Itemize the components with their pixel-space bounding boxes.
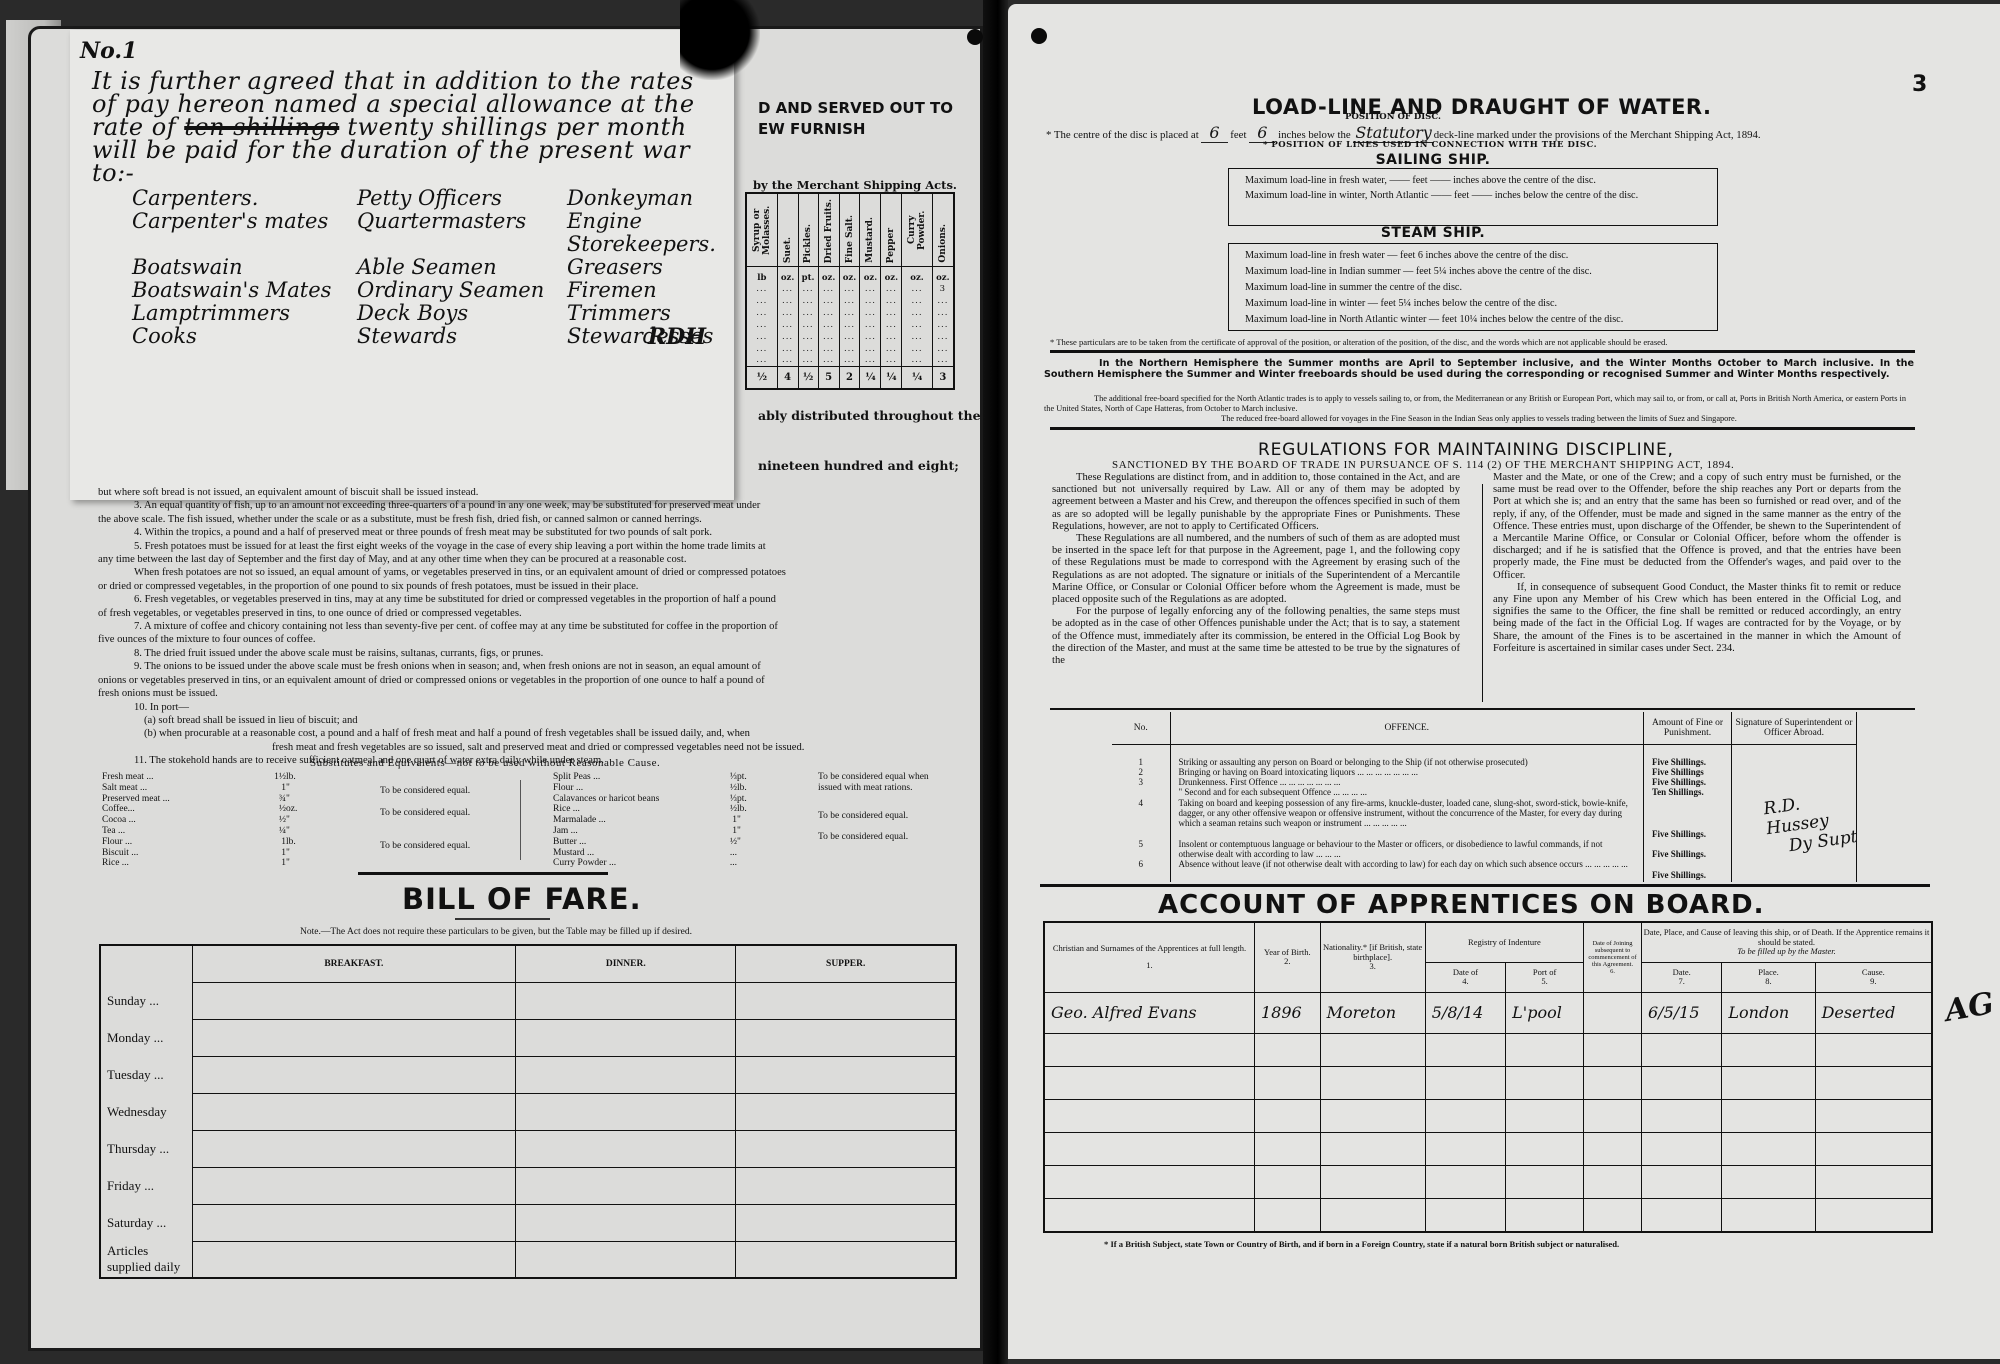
rule-line: 6. Fresh vegetables, or vegetables prese…	[98, 593, 978, 606]
apprentice-cell	[1044, 1034, 1254, 1067]
rank-item: Trimmers	[567, 302, 767, 325]
column-header-label: Onions.	[938, 221, 948, 263]
table-cell: ...	[839, 295, 860, 307]
rule-line: fresh meat and fresh vegetables are so i…	[98, 741, 978, 754]
unit-cell: oz.	[818, 267, 839, 283]
table-cell: ...	[932, 307, 954, 319]
bill-row: Saturday ...	[100, 1204, 956, 1241]
rule-line: five ounces of the mixture to four ounce…	[98, 633, 978, 646]
apprentice-cell	[1722, 1166, 1815, 1199]
apprentice-cell	[1815, 1067, 1932, 1100]
rank-item: Quartermasters	[357, 210, 567, 256]
apprentice-cell	[1506, 1199, 1584, 1232]
offence-text: Drunkenness. First Offence ... ... ... .…	[1179, 777, 1638, 787]
table-cell: 3	[932, 283, 954, 295]
item-unit: oz.	[286, 804, 297, 815]
item-name: Marmalade ...	[553, 815, 703, 826]
load-line-entry: Maximum load-line in North Atlantic wint…	[1245, 312, 1717, 328]
item-name: Rice ...	[553, 804, 703, 815]
column-header: Pickles.	[798, 193, 818, 267]
item-quantity: ½	[703, 804, 737, 815]
column-header-label: Fine Salt.	[845, 212, 855, 263]
book-gutter	[983, 0, 1008, 1364]
apprentice-cell	[1254, 1067, 1320, 1100]
item-name: Coffee...	[102, 804, 252, 815]
column-header-label: Curry Powder.	[907, 194, 927, 263]
punch-hole	[1031, 28, 1047, 44]
unit-cell: oz.	[860, 267, 881, 283]
apprentice-cell	[1425, 1100, 1505, 1133]
item-quantity: 1½	[252, 772, 286, 783]
day-label: Saturday ...	[100, 1204, 192, 1241]
table-row: ...........................	[746, 331, 954, 343]
substitute-item: Biscuit ...1 "	[102, 848, 297, 859]
rank-item: Boatswain's Mates	[132, 279, 357, 302]
load-line-entry: Maximum load-line in summer the centre o…	[1245, 280, 1717, 296]
rank-item: Donkeyman	[567, 187, 767, 210]
table-row: ........................3	[746, 283, 954, 295]
bill-row: Sunday ...	[100, 982, 956, 1019]
table-cell: ...	[932, 295, 954, 307]
load-line-entry: Maximum load-line in Indian summer — fee…	[1245, 264, 1717, 280]
ink-blot	[680, 0, 760, 80]
regulations-title: REGULATIONS FOR MAINTAINING DISCIPLINE,	[1258, 440, 1674, 460]
bill-row: Wednesday	[100, 1093, 956, 1130]
item-name: Rice ...	[102, 858, 252, 869]
freeboard-notes: The additional free-board specified for …	[1044, 394, 1914, 424]
rank-item: Lamptrimmers	[132, 302, 357, 325]
offence-text: Taking on board and keeping possession o…	[1179, 798, 1638, 839]
divider	[520, 780, 521, 860]
apprentice-cell	[1642, 1133, 1722, 1166]
item-name: Fresh meat ...	[102, 772, 252, 783]
rule-line: 4. Within the tropics, a pound and a hal…	[98, 526, 978, 539]
day-label: Wednesday	[100, 1093, 192, 1130]
divider	[1050, 427, 1915, 430]
item-quantity: 1	[252, 848, 286, 859]
item-quantity: ...	[703, 848, 737, 859]
rank-item: Firemen	[567, 279, 767, 302]
meal-cell	[516, 1056, 736, 1093]
apprentice-cell	[1254, 1199, 1320, 1232]
apprentices-table: Christian and Surnames of the Apprentice…	[1043, 921, 1933, 1233]
table-cell: ...	[932, 331, 954, 343]
bill-of-fare-note: Note.—The Act does not require these par…	[300, 927, 692, 937]
units-row: lboz.pt.oz.oz.oz.oz.oz.oz.	[746, 267, 954, 283]
offence-column-header: Amount of Fine or Punishment.	[1644, 712, 1732, 744]
rule-line: 9. The onions to be issued under the abo…	[98, 660, 978, 673]
offence-number: 4	[1112, 798, 1170, 839]
equal-note-mustard: To be considered equal.	[818, 832, 908, 843]
meal-cell	[516, 1093, 736, 1130]
item-unit: "	[286, 794, 290, 805]
table-cell: ...	[798, 343, 818, 355]
rule-line: or dried or compressed vegetables, in th…	[98, 580, 978, 593]
apprentice-cell	[1722, 1199, 1815, 1232]
offence-number: 5	[1112, 839, 1170, 860]
divider	[358, 872, 608, 875]
slip-paragraph: It is further agreed that in addition to…	[92, 70, 714, 185]
offence-number: 6	[1112, 859, 1170, 880]
item-quantity: 1	[703, 815, 737, 826]
substitute-item: Tea ...¼ "	[102, 826, 297, 837]
item-quantity: ½	[252, 804, 286, 815]
divider	[455, 918, 550, 920]
table-cell: ...	[798, 283, 818, 295]
total-cell: ¼	[860, 367, 881, 389]
slip-reference-mark: No.1	[80, 38, 137, 64]
meal-cell	[736, 1204, 956, 1241]
substitute-item: Fresh meat ...1½ lb.	[102, 772, 297, 783]
table-cell: ...	[902, 355, 932, 367]
unit-cell: oz.	[839, 267, 860, 283]
item-unit: "	[737, 826, 741, 837]
apprentice-cell	[1584, 1034, 1642, 1067]
table-cell: ...	[798, 355, 818, 367]
offence-column-header: OFFENCE.	[1170, 712, 1644, 744]
item-unit: "	[286, 858, 290, 869]
table-cell: ...	[881, 283, 902, 295]
load-line-subtitle: POSITION OF DISC.	[1233, 112, 1553, 122]
column-header: Fine Salt.	[839, 193, 860, 267]
offence-fine: Five Shillings.	[1652, 757, 1731, 767]
item-quantity: ¼	[252, 826, 286, 837]
rule-line: the above scale. The fish issued, whethe…	[98, 513, 978, 526]
column-header: Curry Powder.	[902, 193, 932, 267]
table-row: ...........................	[746, 307, 954, 319]
meal-cell	[192, 1093, 516, 1130]
regulation-paragraph: If, in consequence of subsequent Good Co…	[1493, 582, 1901, 655]
regulation-paragraph: These Regulations are distinct from, and…	[1052, 472, 1460, 533]
bill-row: Tuesday ...	[100, 1056, 956, 1093]
table-cell: ...	[881, 295, 902, 307]
apprentice-cell	[1506, 1133, 1584, 1166]
slip-initials: RDH	[648, 324, 706, 350]
apprentice-cell	[1320, 1067, 1425, 1100]
table-cell: ...	[902, 319, 932, 331]
bill-of-fare-table: BREAKFAST.DINNER.SUPPER. Sunday ...Monda…	[99, 944, 957, 1279]
table-cell: ...	[798, 319, 818, 331]
column-header-label: Pickles.	[803, 221, 813, 263]
table-cell: ...	[860, 343, 881, 355]
apprentice-cell	[1815, 1100, 1932, 1133]
unit-cell: oz.	[777, 267, 798, 283]
meal-cell	[736, 1167, 956, 1204]
item-unit: "	[286, 783, 290, 794]
regulations-column-1: These Regulations are distinct from, and…	[1052, 472, 1460, 667]
apprentice-cell	[1642, 1034, 1722, 1067]
table-cell: ...	[860, 355, 881, 367]
offence-text: Bringing or having on Board intoxicating…	[1179, 767, 1638, 777]
table-cell: ...	[818, 307, 839, 319]
apprentice-cell	[1506, 1100, 1584, 1133]
rank-item: Ordinary Seamen	[357, 279, 567, 302]
meal-cell	[736, 1241, 956, 1278]
substitutes-left-list: Fresh meat ...1½ lb.Salt meat ...1 "Pres…	[102, 772, 297, 869]
rank-item: Petty Officers	[357, 187, 567, 210]
rule-line: onions or vegetables preserved in tins, …	[98, 674, 978, 687]
table-row: ...........................	[746, 295, 954, 307]
load-line-entry: Maximum load-line in winter — feet 5¼ in…	[1245, 296, 1717, 312]
meal-column-header: SUPPER.	[736, 945, 956, 982]
day-label: Thursday ...	[100, 1130, 192, 1167]
apprentice-row-empty	[1044, 1133, 1932, 1166]
equal-note-peas: To be considered equal when issued with …	[818, 772, 929, 793]
apprentice-cell	[1425, 1133, 1505, 1166]
rule-line: When fresh potatoes are not so issued, a…	[98, 566, 978, 579]
item-name: Flour ...	[102, 837, 252, 848]
rule-line: 10. In port—	[98, 701, 978, 714]
bill-row: Articles supplied daily	[100, 1241, 956, 1278]
item-unit: "	[286, 848, 290, 859]
provisions-subheading: by the Merchant Shipping Acts.	[753, 178, 957, 192]
table-cell: ...	[860, 295, 881, 307]
regulation-paragraph: For the purpose of legally enforcing any…	[1052, 606, 1460, 667]
provisions-scale-table: Syrup or Molasses.Suet.Pickles.Dried Fru…	[745, 192, 955, 390]
apprentice-cell	[1254, 1166, 1320, 1199]
meal-cell	[192, 982, 516, 1019]
unit-cell: oz.	[881, 267, 902, 283]
substitute-item: Calavances or haricot beans⅓ pt.	[553, 794, 747, 805]
rule-line: 8. The dried fruit issued under the abov…	[98, 647, 978, 660]
apprentice-cell	[1425, 1034, 1505, 1067]
apprentice-cell	[1584, 1133, 1642, 1166]
table-cell: ...	[777, 343, 798, 355]
rule-line: of fresh vegetables, or vegetables prese…	[98, 607, 978, 620]
rule-line: 3. An equal quantity of fish, up to an a…	[98, 499, 978, 512]
offence-fine: Five Shillings	[1652, 767, 1731, 777]
table-cell: ...	[777, 307, 798, 319]
total-cell: 3	[932, 367, 954, 389]
total-cell: 2	[839, 367, 860, 389]
item-name: Biscuit ...	[102, 848, 252, 859]
substitute-item: Cocoa ...½ "	[102, 815, 297, 826]
total-cell: ½	[798, 367, 818, 389]
unit-cell: oz.	[932, 267, 954, 283]
item-unit: pt.	[737, 772, 747, 783]
day-label: Monday ...	[100, 1019, 192, 1056]
apprentice-cell	[1584, 1199, 1642, 1232]
item-quantity: ⅓	[703, 794, 737, 805]
table-cell: ...	[777, 355, 798, 367]
apprentice-cell	[1642, 1067, 1722, 1100]
sailing-ship-box: Maximum load-line in fresh water, —— fee…	[1228, 168, 1718, 226]
total-cell: ¼	[902, 367, 932, 389]
offence-column-header: No.	[1112, 712, 1170, 744]
table-cell: ...	[932, 355, 954, 367]
item-quantity: ½	[703, 783, 737, 794]
bill-row: Friday ...	[100, 1167, 956, 1204]
offence-fine: Ten Shillings.	[1652, 787, 1731, 797]
item-name: Salt meat ...	[102, 783, 252, 794]
meal-cell	[516, 982, 736, 1019]
offence-number: 1	[1112, 757, 1170, 767]
table-row: ...........................	[746, 319, 954, 331]
apprentice-cell	[1722, 1133, 1815, 1166]
page-number: 3	[1912, 72, 1927, 97]
steam-ship-box: Maximum load-line in fresh water — feet …	[1228, 243, 1718, 331]
rank-item: Carpenters.	[132, 187, 357, 210]
table-cell: ...	[818, 295, 839, 307]
column-header-label: Mustard.	[865, 214, 875, 263]
substitute-item: Salt meat ...1 "	[102, 783, 297, 794]
rule-line: but where soft bread is not issued, an e…	[98, 486, 978, 499]
apprentice-row-empty	[1044, 1100, 1932, 1133]
apprentice-row-empty	[1044, 1199, 1932, 1232]
rank-item: Engine Storekeepers.	[567, 210, 767, 256]
apprentice-l-date: 6/5/15	[1642, 992, 1722, 1034]
apprentice-cell	[1722, 1100, 1815, 1133]
table-cell: ...	[818, 331, 839, 343]
table-cell: ...	[798, 295, 818, 307]
apprentice-cell	[1815, 1166, 1932, 1199]
item-name: Split Peas ...	[553, 772, 703, 783]
unit-cell: pt.	[798, 267, 818, 283]
apprentices-footnote: * If a British Subject, state Town or Co…	[1104, 1239, 1619, 1249]
regulations-column-2: Master and the Mate, or one of the Crew;…	[1493, 472, 1901, 655]
apprentice-reg-port: L'pool	[1506, 992, 1584, 1034]
table-cell: ...	[818, 283, 839, 295]
meal-cell	[736, 1056, 956, 1093]
substitutes-right-list: Split Peas ...⅓ pt.Flour ...½ lb.Calavan…	[553, 772, 747, 869]
rank-item: Deck Boys	[357, 302, 567, 325]
apprentice-cell	[1254, 1034, 1320, 1067]
item-name: Preserved meat ...	[102, 794, 252, 805]
meal-cell	[516, 1019, 736, 1056]
apprentice-cell	[1044, 1166, 1254, 1199]
offence-fine: Five Shillings.	[1652, 839, 1731, 860]
apprentice-cell	[1584, 1100, 1642, 1133]
item-name: Cocoa ...	[102, 815, 252, 826]
column-header: Pepper	[881, 193, 902, 267]
equal-note-meat: To be considered equal.	[380, 786, 470, 797]
substitute-item: Marmalade ...1 "	[553, 815, 747, 826]
offence-number	[1112, 787, 1170, 797]
table-cell: ...	[881, 355, 902, 367]
rank-item: Stewards	[357, 325, 567, 348]
table-cell: ...	[798, 331, 818, 343]
apprentice-cell	[1815, 1133, 1932, 1166]
table-cell: ...	[881, 319, 902, 331]
regulation-paragraph: Master and the Mate, or one of the Crew;…	[1493, 472, 1901, 582]
meal-column-header: BREAKFAST.	[192, 945, 516, 982]
meal-cell	[736, 1019, 956, 1056]
apprentice-nationality: Moreton	[1320, 992, 1425, 1034]
meal-cell	[736, 1093, 956, 1130]
meal-cell	[192, 1056, 516, 1093]
substitute-item: Coffee...½ oz.	[102, 804, 297, 815]
meal-cell	[516, 1130, 736, 1167]
table-cell: ...	[818, 355, 839, 367]
day-label: Tuesday ...	[100, 1056, 192, 1093]
apprentice-cell	[1254, 1133, 1320, 1166]
apprentice-cell	[1320, 1133, 1425, 1166]
table-cell: ...	[860, 307, 881, 319]
column-header-label: Pepper	[886, 225, 896, 263]
item-unit: "	[286, 815, 290, 826]
column-header: Dried Fruits.	[818, 193, 839, 267]
apprentice-cell	[1815, 1199, 1932, 1232]
total-cell: ¼	[881, 367, 902, 389]
substitute-item: Flour ...1 lb.	[102, 837, 297, 848]
item-quantity: ½	[703, 837, 737, 848]
offence-fine: Five Shillings.	[1652, 859, 1731, 880]
table-cell: ...	[777, 283, 798, 295]
equal-note-beverage: To be considered equal.	[380, 808, 470, 819]
offence-text: Absence without leave (if not otherwise …	[1179, 859, 1638, 880]
offence-fine: Five Shillings.	[1652, 777, 1731, 787]
load-line-entry: Maximum load-line in fresh water, —— fee…	[1245, 173, 1717, 188]
table-cell: ...	[777, 331, 798, 343]
rule-line: (b) when procurable at a reasonable cost…	[98, 727, 978, 740]
apprentice-cell	[1506, 1034, 1584, 1067]
rank-item: Carpenter's mates	[132, 210, 357, 256]
table-row: ...........................	[746, 355, 954, 367]
divider	[1482, 484, 1483, 702]
pasted-war-allowance-slip: No.1 It is further agreed that in additi…	[70, 30, 735, 500]
item-quantity: ½	[252, 815, 286, 826]
apprentice-cell	[1722, 1067, 1815, 1100]
item-name: Mustard ...	[553, 848, 703, 859]
item-quantity: 1	[252, 783, 286, 794]
item-quantity: 1	[703, 826, 737, 837]
table-cell: ...	[902, 331, 932, 343]
divider	[1040, 884, 1930, 887]
item-quantity: ...	[703, 858, 737, 869]
substitutes-title: Substitutes and Equivalents—not to be us…	[310, 757, 660, 769]
apprentice-joining	[1584, 992, 1642, 1034]
totals-row: ½4½52¼¼¼3	[746, 367, 954, 389]
substitute-item: Jam ...1 "	[553, 826, 747, 837]
column-header-label: Suet.	[783, 234, 793, 263]
apprentice-cell	[1320, 1199, 1425, 1232]
meal-cell	[192, 1204, 516, 1241]
punch-hole	[967, 29, 983, 45]
meal-column-header: DINNER.	[516, 945, 736, 982]
offences-table: No.OFFENCE.Amount of Fine or Punishment.…	[1112, 712, 1857, 882]
apprentice-cell	[1254, 1100, 1320, 1133]
table-cell: ...	[798, 307, 818, 319]
apprentice-row-empty	[1044, 1067, 1932, 1100]
apprentice-cell	[1506, 1067, 1584, 1100]
apprentices-title: ACCOUNT OF APPRENTICES ON BOARD.	[1158, 890, 1765, 920]
lines-heading: * POSITION OF LINES USED IN CONNECTION W…	[1130, 140, 1730, 150]
substitute-item: Split Peas ...⅓ pt.	[553, 772, 747, 783]
table-cell: ...	[881, 331, 902, 343]
table-cell: ...	[818, 343, 839, 355]
meal-cell	[736, 982, 956, 1019]
meal-cell	[516, 1241, 736, 1278]
rule-line: (a) soft bread shall be issued in lieu o…	[98, 714, 978, 727]
rank-item: Boatswain	[132, 256, 357, 279]
rank-item: Cooks	[132, 325, 357, 348]
item-unit: "	[286, 826, 290, 837]
table-cell: ...	[860, 283, 881, 295]
load-line-entry: Maximum load-line in fresh water — feet …	[1245, 248, 1717, 264]
apprentice-cell	[1815, 1034, 1932, 1067]
substitute-item: Rice ...1 "	[102, 858, 297, 869]
apprentice-cell	[1320, 1100, 1425, 1133]
apprentice-row-empty	[1044, 1166, 1932, 1199]
table-cell: ...	[902, 343, 932, 355]
apprentice-cell	[1425, 1199, 1505, 1232]
substitute-item: Butter ...½ "	[553, 837, 747, 848]
table-cell: ...	[881, 307, 902, 319]
table-cell: ...	[932, 319, 954, 331]
substitute-item: Flour ...½ lb.	[553, 783, 747, 794]
apprentice-cell	[1642, 1100, 1722, 1133]
hemisphere-note: In the Northern Hemisphere the Summer mo…	[1044, 358, 1914, 380]
